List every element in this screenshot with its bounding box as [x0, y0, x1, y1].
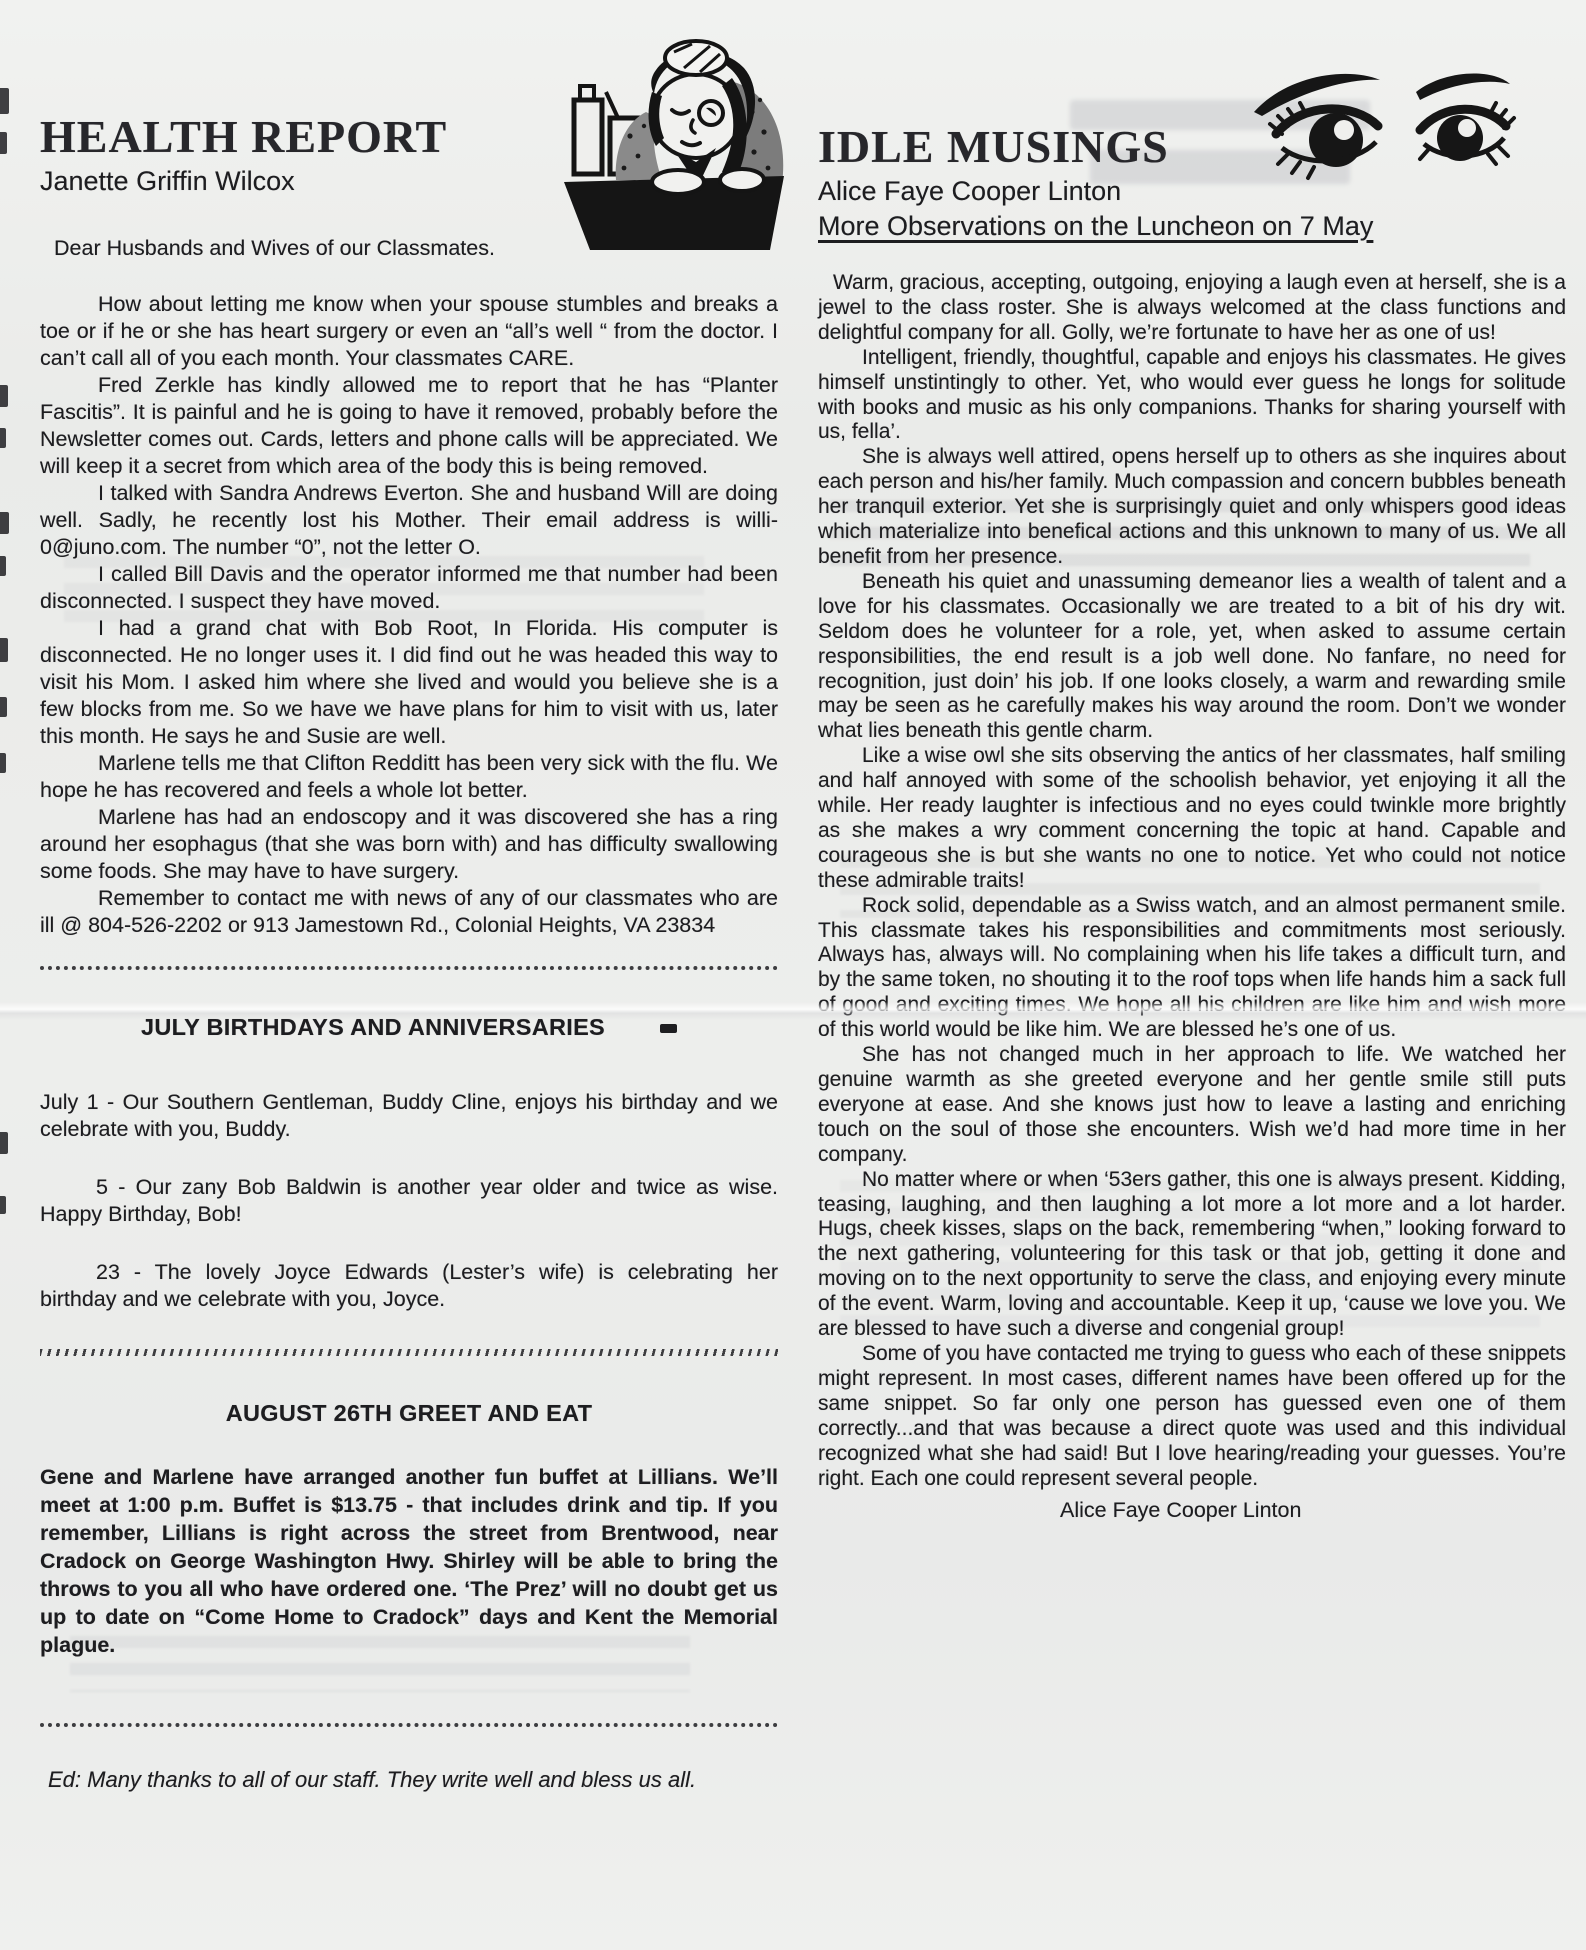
birthday-item: 5 - Our zany Bob Baldwin is another year…	[40, 1174, 778, 1228]
health-paragraph: Remember to contact me with news of any …	[40, 885, 778, 939]
musings-paragraph: Like a wise owl she sits observing the a…	[818, 744, 1566, 893]
musings-paragraph: Warm, gracious, accepting, outgoing, enj…	[818, 271, 1566, 346]
musings-paragraph: Some of you have contacted me trying to …	[818, 1342, 1566, 1491]
scan-edge-mark	[0, 512, 9, 534]
health-paragraph: I called Bill Davis and the operator inf…	[40, 561, 778, 615]
scan-edge-mark	[0, 88, 9, 114]
birthday-item: July 1 - Our Southern Gentleman, Buddy C…	[40, 1089, 778, 1143]
scan-edge-mark	[0, 697, 7, 717]
scan-edge-mark	[0, 556, 6, 576]
scan-edge-mark	[0, 428, 6, 448]
health-paragraph: Marlene tells me that Clifton Redditt ha…	[40, 750, 778, 804]
musings-paragraph: She has not changed much in her approach…	[818, 1043, 1566, 1168]
dotted-divider	[40, 966, 778, 970]
ink-dash-artifact	[660, 1024, 677, 1033]
signature: Alice Faye Cooper Linton	[818, 1497, 1566, 1523]
health-paragraph: I had a grand chat with Bob Root, In Flo…	[40, 615, 778, 750]
health-paragraph: I talked with Sandra Andrews Everton. Sh…	[40, 480, 778, 561]
musings-paragraph: Rock solid, dependable as a Swiss watch,…	[818, 894, 1566, 1043]
scan-edge-mark	[0, 753, 6, 773]
musings-paragraph: She is always well attired, opens hersel…	[818, 445, 1566, 570]
birthdays-heading: JULY BIRTHDAYS AND ANNIVERSARIES	[40, 1014, 778, 1041]
greet-and-eat-heading: AUGUST 26TH GREET AND EAT	[40, 1400, 778, 1427]
scan-edge-mark	[0, 638, 8, 662]
greet-and-eat-paragraph: Gene and Marlene have arranged another f…	[40, 1463, 778, 1659]
tick-divider	[40, 1349, 778, 1356]
scan-edge-mark	[0, 1196, 6, 1214]
newsletter-page: HEALTH REPORT Janette Griffin Wilcox Dea…	[0, 0, 1586, 1950]
musings-paragraph: No matter where or when ‘53ers gather, t…	[818, 1168, 1566, 1342]
musings-paragraph: Intelligent, friendly, thoughtful, capab…	[818, 346, 1566, 446]
scan-edge-mark	[0, 132, 7, 154]
idle-musings-subtitle: More Observations on the Luncheon on 7 M…	[818, 209, 1566, 243]
dotted-divider	[40, 1723, 778, 1727]
birthday-item: 23 - The lovely Joyce Edwards (Lester’s …	[40, 1259, 778, 1313]
health-report-column: HEALTH REPORT Janette Griffin Wilcox Dea…	[40, 112, 778, 1794]
health-paragraph: Fred Zerkle has kindly allowed me to rep…	[40, 372, 778, 480]
pair-of-eyes-illustration	[1248, 46, 1524, 198]
scan-edge-mark	[0, 385, 8, 407]
musings-paragraph: Beneath his quiet and unassuming demeano…	[818, 570, 1566, 744]
health-paragraph: Marlene has had an endoscopy and it was …	[40, 804, 778, 885]
bandaged-patient-illustration	[546, 20, 804, 252]
editor-note: Ed: Many thanks to all of our staff. The…	[40, 1765, 778, 1794]
health-paragraph: How about letting me know when your spou…	[40, 291, 778, 372]
idle-musings-column: IDLE MUSINGS Alice Faye Cooper Linton Mo…	[818, 122, 1566, 1523]
scan-edge-mark	[0, 1132, 8, 1154]
